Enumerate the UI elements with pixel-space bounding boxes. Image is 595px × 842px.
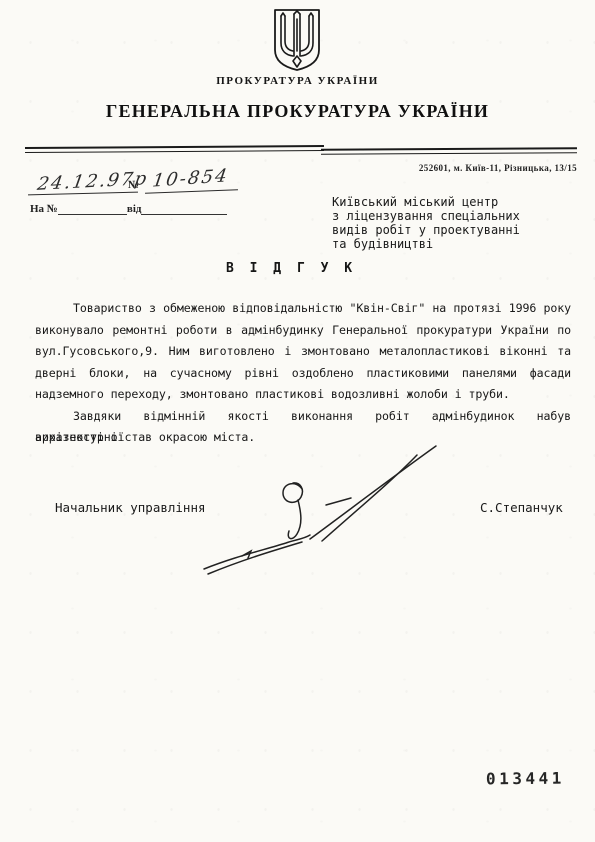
recipient-line: та будівництві: [332, 237, 520, 251]
body-line: Товариство з обмеженою відповідальністю …: [35, 298, 571, 320]
recipient-line: видів робіт у проектуванні: [332, 223, 520, 237]
recipient-line: Київський міський центр: [332, 195, 520, 209]
body-line: надземного переходу, змонтовано пластико…: [35, 384, 571, 406]
tryzub-emblem-icon: [271, 7, 323, 73]
body-line: Завдяки відмінній якості виконання робіт…: [35, 406, 571, 428]
serial-number-stamp: 013441: [486, 769, 565, 789]
header-rule-left: [25, 145, 324, 153]
number-sign: №: [128, 179, 139, 191]
signatory-position: Начальник управління: [55, 500, 206, 515]
from-label: від: [127, 203, 142, 215]
incoming-ref-underline: [58, 203, 127, 215]
scanned-letter-page: ПРОКУРАТУРА УКРАЇНИ ГЕНЕРАЛЬНА ПРОКУРАТУ…: [0, 0, 595, 842]
handwritten-signature: [198, 445, 440, 589]
letterhead-address: 252601, м. Київ-11, Різницька, 13/15: [419, 163, 577, 173]
org-title: ГЕНЕРАЛЬНА ПРОКУРАТУРА УКРАЇНИ: [0, 101, 595, 122]
emblem-caption: ПРОКУРАТУРА УКРАЇНИ: [0, 75, 595, 87]
from-underline: [141, 203, 227, 215]
body-line: вул.Гусовського,9. Ним виготовлено і змо…: [35, 341, 571, 363]
recipient-line: з ліцензування спеціальних: [332, 209, 520, 223]
body-paragraphs: Товариство з обмеженою відповідальністю …: [35, 298, 571, 449]
incoming-ref-label: На №: [30, 203, 58, 215]
body-line: виконувало ремонтні роботи в адмінбудинк…: [35, 320, 571, 342]
recipient-address: Київський міський центр з ліцензування с…: [332, 195, 520, 251]
body-line: дверні блоки, на сучасному рівні оздобле…: [35, 363, 571, 385]
document-title: В І Д Г У К: [226, 261, 356, 276]
signatory-name: С.Степанчук: [480, 500, 563, 515]
handwritten-ref-number: 10-854: [151, 165, 230, 191]
header-rule-right: [321, 147, 577, 155]
incoming-ref-row: На №від: [30, 203, 227, 215]
